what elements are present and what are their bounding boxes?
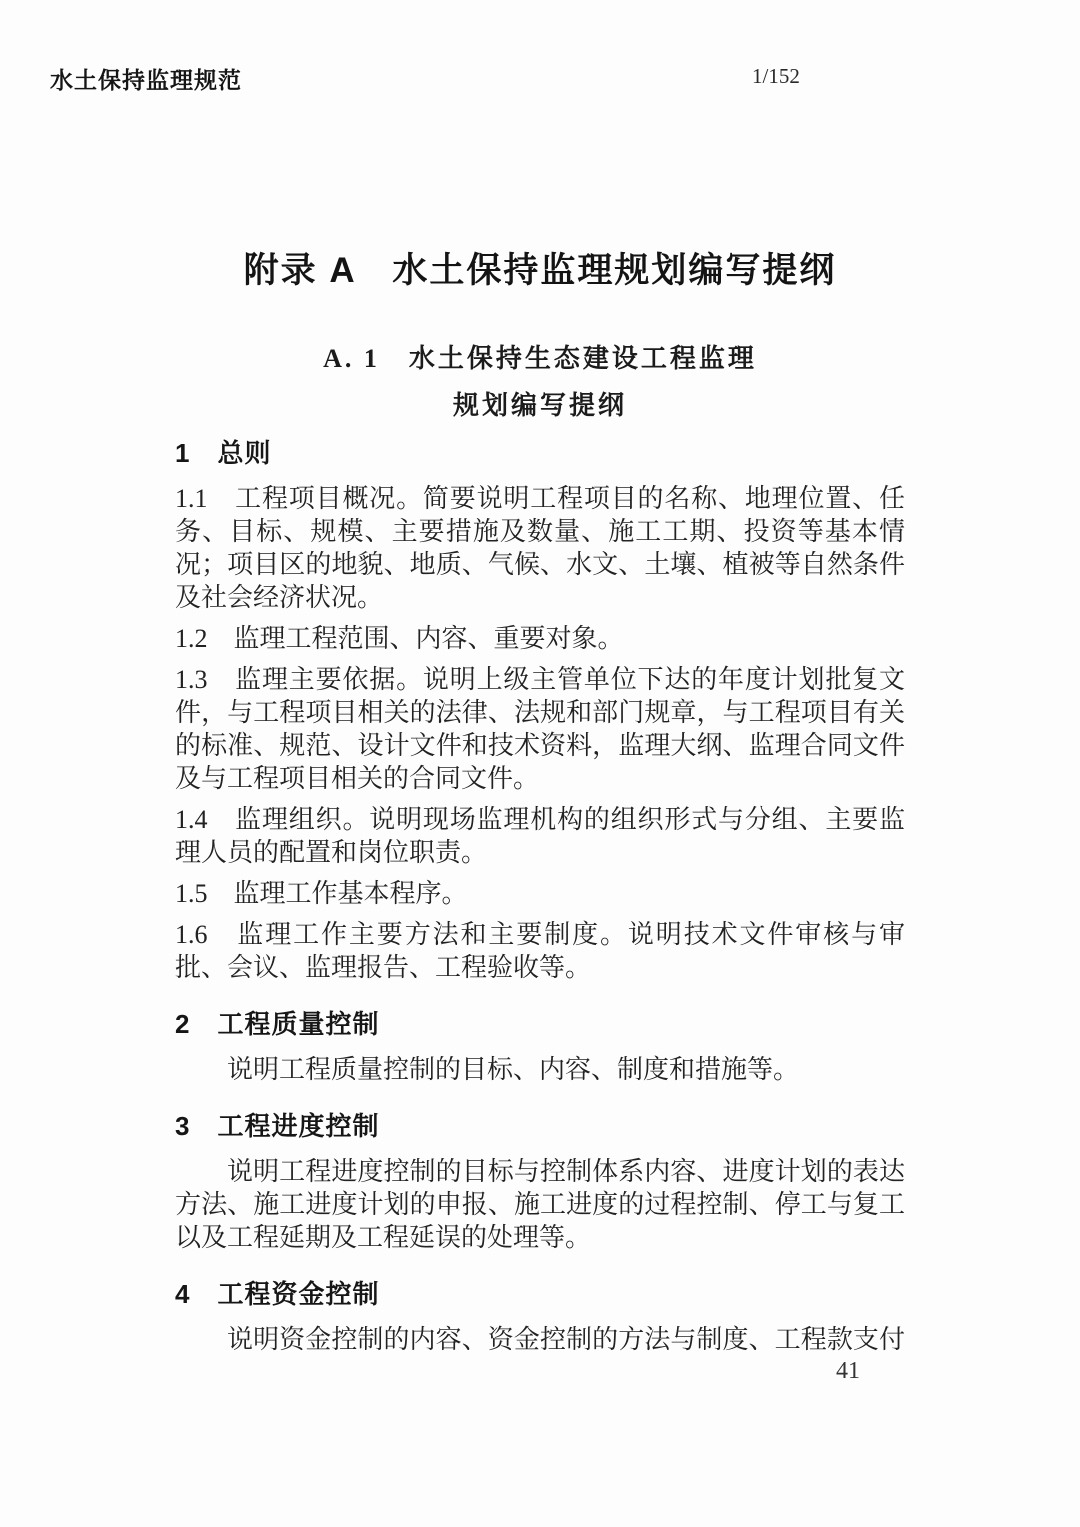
content-blocks: 1 总则1.1 工程项目概况。简要说明工程项目的名称、地理位置、任务、目标、规模…	[175, 437, 905, 1356]
body-paragraph: 1.6 监理工作主要方法和主要制度。说明技术文件审核与审批、会议、监理报告、工程…	[175, 918, 905, 984]
appendix-title: 附录 A 水土保持监理规划编写提纲	[175, 248, 905, 294]
body-paragraph: 1.1 工程项目概况。简要说明工程项目的名称、地理位置、任务、目标、规模、主要措…	[175, 482, 905, 614]
page-number: 41	[836, 1358, 860, 1385]
body-paragraph: 1.5 监理工作基本程序。	[175, 877, 905, 910]
body-paragraph: 说明工程质量控制的目标、内容、制度和措施等。	[175, 1053, 905, 1086]
body-paragraph: 说明资金控制的内容、资金控制的方法与制度、工程款支付	[175, 1323, 905, 1356]
section-a1-title-line1: A. 1 水土保持生态建设工程监理	[175, 342, 905, 376]
body-paragraph: 说明工程进度控制的目标与控制体系内容、进度计划的表达方法、施工进度计划的申报、施…	[175, 1155, 905, 1254]
body-paragraph: 1.2 监理工程范围、内容、重要对象。	[175, 622, 905, 655]
body-paragraph: 1.3 监理主要依据。说明上级主管单位下达的年度计划批复文件，与工程项目相关的法…	[175, 663, 905, 795]
section-heading: 2 工程质量控制	[175, 1008, 905, 1041]
section-heading: 4 工程资金控制	[175, 1278, 905, 1311]
section-heading: 1 总则	[175, 437, 905, 470]
document-page: 水土保持监理规范 1/152 附录 A 水土保持监理规划编写提纲 A. 1 水土…	[0, 0, 1080, 1527]
section-heading: 3 工程进度控制	[175, 1110, 905, 1143]
document-body: 附录 A 水土保持监理规划编写提纲 A. 1 水土保持生态建设工程监理 规划编写…	[175, 0, 905, 1364]
body-paragraph: 1.4 监理组织。说明现场监理机构的组织形式与分组、主要监理人员的配置和岗位职责…	[175, 803, 905, 869]
section-a1-title-line2: 规划编写提纲	[175, 389, 905, 423]
